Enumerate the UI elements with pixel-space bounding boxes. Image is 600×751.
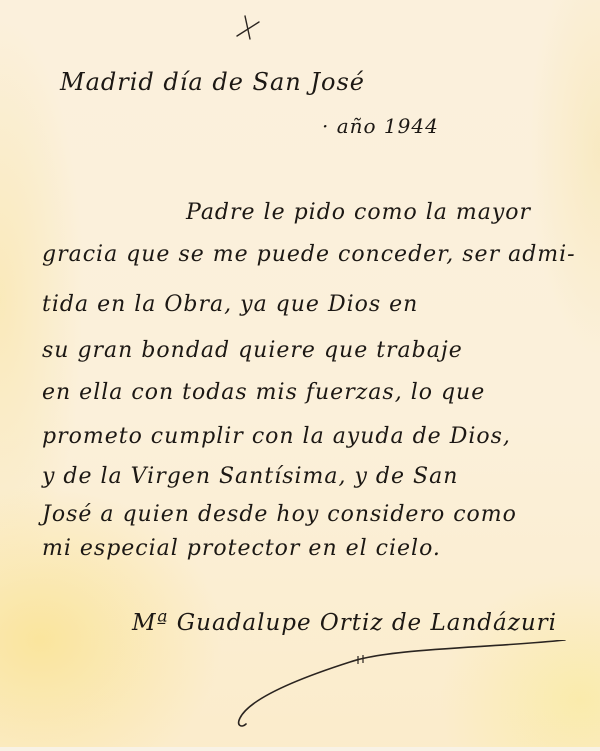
place-date-line: Madrid día de San José [60,68,365,96]
body-line: Padre le pido como la mayor [186,200,531,225]
body-line: prometo cumplir con la ayuda de Dios, [42,424,511,449]
signature-flourish-icon [230,640,570,730]
body-line: José a quien desde hoy considero como [42,502,517,527]
body-line: en ella con todas mis fuerzas, lo que [42,380,485,405]
signature: Mª Guadalupe Ortiz de Landázuri [132,610,557,636]
body-line: y de la Virgen Santísima, y de San [42,464,458,489]
body-line: mi especial protector en el cielo. [42,536,441,561]
cross-mark-icon [236,14,260,40]
body-line: tida en la Obra, ya que Dios en [42,292,418,317]
page-edge [0,747,600,751]
body-line: gracia que se me puede conceder, ser adm… [42,242,576,267]
year-line: · año 1944 [322,114,439,138]
letter-page: Madrid día de San José · año 1944 Padre … [0,0,600,751]
body-line: su gran bondad quiere que trabaje [42,338,463,363]
